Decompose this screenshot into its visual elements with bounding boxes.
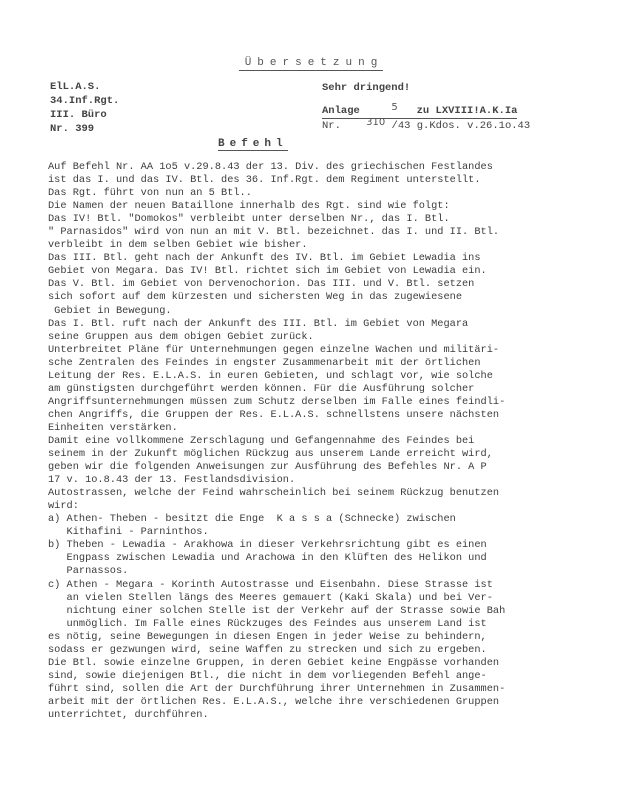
text-line: Das III. Btl. geht nach der Ankunft des … (48, 252, 608, 265)
number-label: Nr. (322, 120, 341, 132)
annex-number: 5 (391, 102, 397, 113)
text-line: a) Athen- Theben - besitzt die Enge K a … (48, 513, 608, 526)
document-title: Übersetzung (0, 57, 622, 69)
text-line: sche Zentralen des Feindes in engster Zu… (48, 357, 608, 370)
text-line: Die Namen der neuen Bataillone innerhalb… (48, 200, 608, 213)
annex-suffix: zu LXVIII!A.K.Ia (417, 105, 518, 117)
text-line: c) Athen - Megara - Korinth Autostrasse … (48, 579, 608, 592)
text-line: Die Btl. sowie einzelne Gruppen, in dere… (48, 657, 608, 670)
sender-line: ElL.A.S. (50, 80, 119, 94)
text-line: wird: (48, 500, 608, 513)
ref-suffix: /43 g.Kdos. v.26.1o.43 (392, 120, 531, 132)
text-line: Unterbreitet Pläne für Unternehmungen ge… (48, 344, 608, 357)
text-line: verbleibt in dem selben Gebiet wie bishe… (48, 239, 608, 252)
text-line: ist das I. und das IV. Btl. des 36. Inf.… (48, 174, 608, 187)
sender-line: Nr. 399 (50, 122, 119, 136)
text-line: sodass er gezwungen wird, seine Waffen z… (48, 644, 608, 657)
ref-number: 310 (366, 117, 385, 128)
sender-line: 34.Inf.Rgt. (50, 94, 119, 108)
heading-text: Befehl (218, 138, 288, 151)
sender-block: ElL.A.S. 34.Inf.Rgt. III. Büro Nr. 399 (50, 80, 119, 136)
reference-line-1: Anlage 5 zu LXVIII!A.K.Ia (322, 104, 517, 119)
text-line: chen Angriffs, die Gruppen der Res. E.L.… (48, 409, 608, 422)
order-heading: Befehl (218, 138, 288, 150)
text-line: Gebiet in Bewegung. (48, 305, 608, 318)
text-line: Angriffsunternehmungen müssen zum Schutz… (48, 396, 608, 409)
text-line: seine Gruppen aus dem obigen Gebiet zurü… (48, 331, 608, 344)
text-line: Gebiet von Megara. Das IV! Btl. richtet … (48, 265, 608, 278)
text-line: arbeit mit der örtlichen Res. E.L.A.S., … (48, 696, 608, 709)
urgency-note: Sehr dringend! (322, 82, 410, 94)
text-line: 17 v. 1o.8.43 der 13. Festlandsdivision. (48, 474, 608, 487)
text-line: Das V. Btl. im Gebiet von Dervenochorion… (48, 278, 608, 291)
text-line: seinem in der Zukunft möglichen Rückzug … (48, 448, 608, 461)
text-line: Das Rgt. führt von nun an 5 Btl.. (48, 187, 608, 200)
reference-block: Anlage 5 zu LXVIII!A.K.Ia Nr. 310 /43 g.… (322, 104, 530, 133)
text-line: geben wir die folgenden Anweisungen zur … (48, 461, 608, 474)
text-line: Kithafini - Parninthos. (48, 526, 608, 539)
text-line: Autostrassen, welche der Feind wahrschei… (48, 487, 608, 500)
text-line: Engpass zwischen Lewadia und Arachowa in… (48, 552, 608, 565)
title-text: Übersetzung (239, 57, 384, 71)
text-line: b) Theben - Lewadia - Arakhowa in dieser… (48, 539, 608, 552)
order-body: Auf Befehl Nr. AA 1o5 v.29.8.43 der 13. … (48, 161, 608, 722)
document-page: Übersetzung ElL.A.S. 34.Inf.Rgt. III. Bü… (0, 0, 622, 800)
text-line: unterrichtet, durchführen. (48, 709, 608, 722)
text-line: nichtung einer solchen Stelle ist der Ve… (48, 605, 608, 618)
reference-line-2: Nr. 310 /43 g.Kdos. v.26.1o.43 (322, 119, 530, 133)
text-line: unmöglich. Im Falle eines Rückzuges des … (48, 618, 608, 631)
text-line: es nötig, seine Bewegungen in diesen Eng… (48, 631, 608, 644)
text-line: sich sofort auf dem kürzesten und sicher… (48, 291, 608, 304)
text-line: Das IV! Btl. "Domokos" verbleibt unter d… (48, 213, 608, 226)
text-line: Auf Befehl Nr. AA 1o5 v.29.8.43 der 13. … (48, 161, 608, 174)
text-line: Parnassos. (48, 565, 608, 578)
annex-label: Anlage (322, 105, 360, 117)
text-line: an vielen Stellen längs des Meeres gemau… (48, 592, 608, 605)
text-line: am günstigsten durchgeführt werden könne… (48, 383, 608, 396)
text-line: " Parnasidos" wird von nun an mit V. Btl… (48, 226, 608, 239)
text-line: führt sind, sollen die Art der Durchführ… (48, 683, 608, 696)
text-line: Leitung der Res. E.L.A.S. in euren Gebie… (48, 370, 608, 383)
text-line: Einheiten verstärken. (48, 422, 608, 435)
text-line: Damit eine vollkommene Zerschlagung und … (48, 435, 608, 448)
sender-line: III. Büro (50, 108, 119, 122)
text-line: sind, sowie diejenigen Btl., die nicht i… (48, 670, 608, 683)
text-line: Das I. Btl. ruft nach der Ankunft des II… (48, 318, 608, 331)
